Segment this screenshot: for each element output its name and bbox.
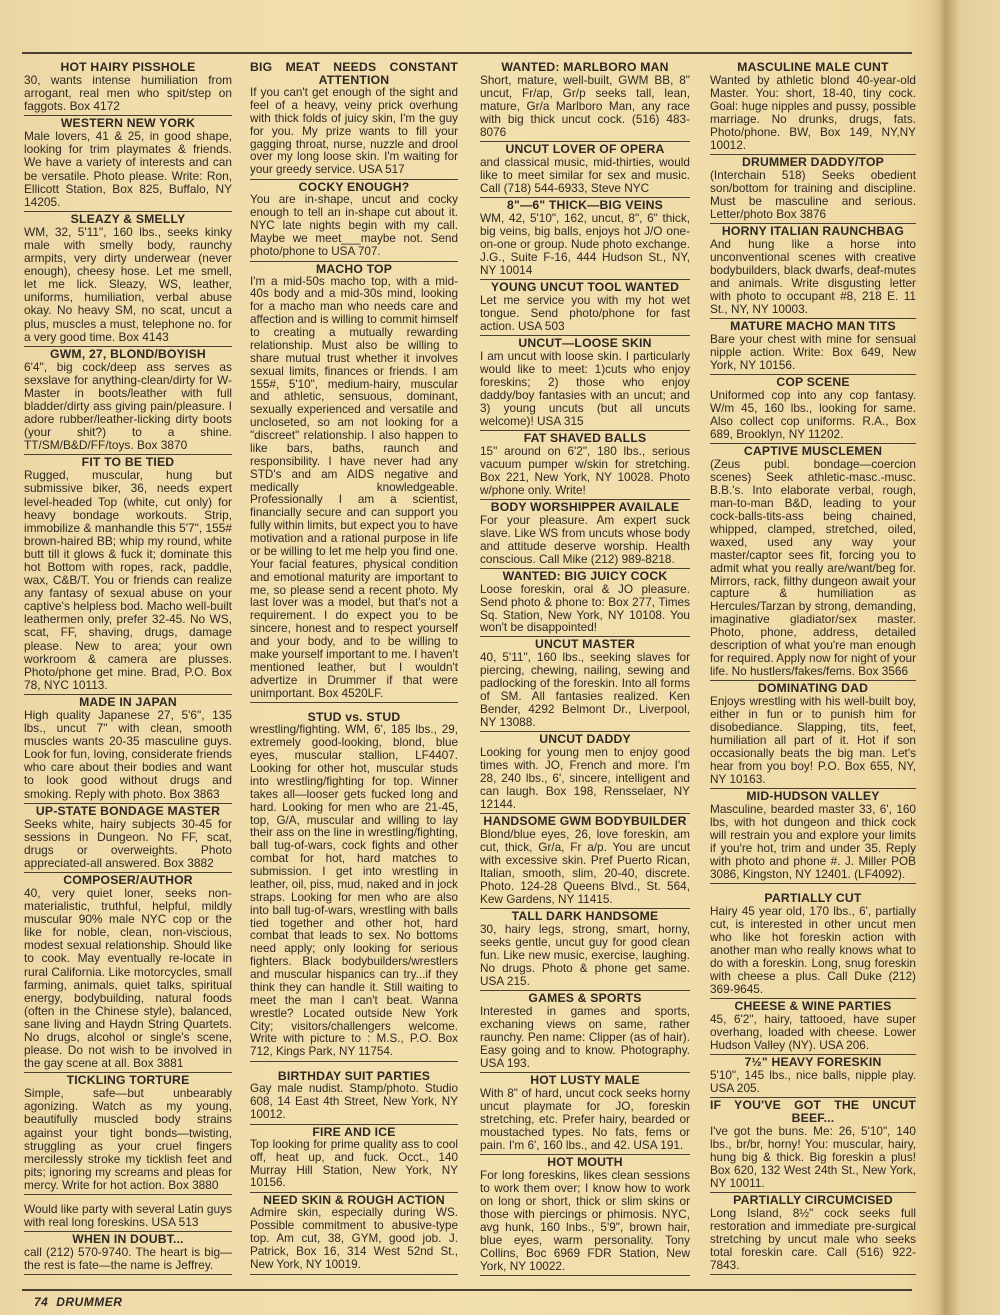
ad-body: You are in-shape, uncut and cocky enough… xyxy=(250,194,458,258)
ad-title: YOUNG UNCUT TOOL WANTED xyxy=(480,281,690,294)
classified-ad: HOT LUSTY MALEWith 8" of hard, uncut coc… xyxy=(480,1073,690,1155)
ad-body: I am uncut with loose skin. I particular… xyxy=(480,350,690,428)
classified-ad: BIG MEAT NEEDS CONSTANT ATTENTIONIf you … xyxy=(250,60,458,180)
classified-ad: COMPOSER/AUTHOR40, very quiet loner, see… xyxy=(24,873,232,1073)
classified-ad: WANTED: MARLBORO MANShort, mature, well-… xyxy=(480,60,690,142)
classified-ad: UNCUT MASTER40, 5'11", 160 lbs., seeking… xyxy=(480,637,690,732)
classified-ad: BIRTHDAY SUIT PARTIESGay male nudist. St… xyxy=(250,1062,458,1125)
ad-body: High quality Japanese 27, 5'6", 135 lbs.… xyxy=(24,709,232,801)
ad-body: Blond/blue eyes, 26, love foreskin, am c… xyxy=(480,828,690,906)
ad-body: 30, hairy legs, strong, smart, horny, se… xyxy=(480,923,690,988)
ad-body: wrestling/fighting. WM, 6', 185 lbs., 29… xyxy=(250,724,458,1059)
classified-ad: MACHO TOPI'm a mid-50s macho top, with a… xyxy=(250,262,458,704)
ad-title: MACHO TOP xyxy=(250,263,458,276)
classified-ad: HOT HAIRY PISSHOLE30, wants intense humi… xyxy=(24,60,232,116)
column-4: MASCULINE MALE CUNTWanted by athletic bl… xyxy=(710,60,916,1275)
ad-body: If you can't get enough of the sight and… xyxy=(250,87,458,177)
classified-ad: 7½" HEAVY FORESKIN5'10", 145 lbs., nice … xyxy=(710,1055,916,1098)
classified-ad: FIRE AND ICETop looking for prime qualit… xyxy=(250,1125,458,1194)
ad-title: SLEAZY & SMELLY xyxy=(24,213,232,226)
ad-title: DRUMMER DADDY/TOP xyxy=(710,156,916,169)
ad-body: WM, 32, 5'11", 160 lbs., seeks kinky mal… xyxy=(24,226,232,344)
ad-body: 40, very quiet loner, seeks non-material… xyxy=(24,887,232,1070)
ad-body: (Interchain 518) Seeks obedient son/bott… xyxy=(710,169,916,221)
publication-name: DRUMMER xyxy=(56,1295,122,1309)
classified-ad: Would like party with several Latin guys… xyxy=(24,1195,232,1232)
classified-ad: HANDSOME GWM BODYBUILDERBlond/blue eyes,… xyxy=(480,814,690,909)
classified-ad: FIT TO BE TIEDRugged, muscular, hung but… xyxy=(24,455,232,695)
ad-body: 6'4", big cock/deep ass serves as sexsla… xyxy=(24,361,232,453)
ad-body: Bare your chest with mine for sensual ni… xyxy=(710,333,916,372)
ad-title: UP-STATE BONDAGE MASTER xyxy=(24,805,232,818)
column-3: WANTED: MARLBORO MANShort, mature, well-… xyxy=(480,60,690,1276)
ad-body: Loose foreskin, oral & JO pleasure. Send… xyxy=(480,583,690,635)
ad-body: (Zeus publ. bondage—coercion scenes) See… xyxy=(710,458,916,679)
classified-ad: TICKLING TORTURESimple, safe—but unbeara… xyxy=(24,1073,232,1195)
classified-ad: PARTIALLY CIRCUMCISEDLong Island, 8½" co… xyxy=(710,1193,916,1275)
classified-ad: MID-HUDSON VALLEYMasculine, bearded mast… xyxy=(710,789,916,884)
classified-ad: UP-STATE BONDAGE MASTERSeeks white, hair… xyxy=(24,804,232,873)
classified-ad: WHEN IN DOUBT...call (212) 570-9740. The… xyxy=(24,1232,232,1275)
classified-ad: MASCULINE MALE CUNTWanted by athletic bl… xyxy=(710,60,916,155)
classified-ad: 8"—6" THICK—BIG VEINSWM, 42, 5'10", 162,… xyxy=(480,198,690,280)
ad-body: I'm a mid-50s macho top, with a mid-40s … xyxy=(250,276,458,701)
ad-body: And hung like a horse into unconventiona… xyxy=(710,238,916,316)
classified-ad: FAT SHAVED BALLS15" around on 6'2", 180 … xyxy=(480,431,690,500)
ad-body: WM, 42, 5'10", 162, uncut, 8", 6" thick,… xyxy=(480,212,690,277)
ad-title: MATURE MACHO MAN TITS xyxy=(710,320,916,333)
classified-ad: DRUMMER DADDY/TOP(Interchain 518) Seeks … xyxy=(710,155,916,224)
ad-title: COP SCENE xyxy=(710,376,916,389)
page-footer: 74 DRUMMER xyxy=(34,1295,122,1309)
classified-ad: YOUNG UNCUT TOOL WANTEDLet me service yo… xyxy=(480,280,690,336)
bottom-rule xyxy=(22,1289,912,1291)
ad-body: Male lovers, 41 & 25, in good shape, loo… xyxy=(24,130,232,209)
classified-ad: WESTERN NEW YORKMale lovers, 41 & 25, in… xyxy=(24,116,232,212)
ad-body: For long foreskins, likes clean sessions… xyxy=(480,1169,690,1273)
ad-body: Enjoys wrestling with his well-built boy… xyxy=(710,695,916,786)
classified-ad: BODY WORSHIPPER AVAILALEFor your pleasur… xyxy=(480,500,690,569)
ad-body: I've got the buns. Me: 26, 5'10", 140 lb… xyxy=(710,1125,916,1190)
ad-body: 30, wants intense humiliation from arrog… xyxy=(24,74,232,113)
classified-ad: CAPTIVE MUSCLEMEN(Zeus publ. bondage—coe… xyxy=(710,444,916,682)
ad-body: Gay male nudist. Stamp/photo. Studio 608… xyxy=(250,1083,458,1122)
column-2: BIG MEAT NEEDS CONSTANT ATTENTIONIf you … xyxy=(250,60,458,1275)
classified-ad: UNCUT DADDYLooking for young men to enjo… xyxy=(480,732,690,814)
classified-ad: UNCUT—LOOSE SKINI am uncut with loose sk… xyxy=(480,336,690,431)
ad-body: Long Island, 8½" cock seeks full restora… xyxy=(710,1207,916,1272)
classified-ad: IF YOU'VE GOT THE UNCUT BEEF...I've got … xyxy=(710,1098,916,1193)
page-crease xyxy=(939,0,951,1315)
ad-body: 5'10", 145 lbs., nice balls, nipple play… xyxy=(710,1069,916,1095)
ad-body: Simple, safe—but unbearably agonizing. W… xyxy=(24,1087,232,1192)
ad-body: 40, 5'11", 160 lbs., seeking slaves for … xyxy=(480,651,690,729)
ad-body: 45, 6'2", hairy, tattooed, have super ov… xyxy=(710,1013,916,1052)
classified-ad: STUD vs. STUDwrestling/fighting. WM, 6',… xyxy=(250,703,458,1062)
ad-body: Top looking for prime quality ass to coo… xyxy=(250,1139,458,1191)
top-rule xyxy=(22,52,912,54)
ad-body: and classical music, mid-thirties, would… xyxy=(480,156,690,195)
ad-body: Would like party with several Latin guys… xyxy=(24,1203,232,1229)
ad-body: Seeks white, hairy subjects 30-45 for se… xyxy=(24,818,232,870)
classified-ad: PARTIALLY CUTHairy 45 year old, 170 lbs.… xyxy=(710,884,916,999)
classified-ad: HOT MOUTHFor long foreskins, likes clean… xyxy=(480,1155,690,1276)
ad-title: WANTED: BIG JUICY COCK xyxy=(480,570,690,583)
classified-ad: DOMINATING DADEnjoys wrestling with his … xyxy=(710,681,916,789)
ad-title: MADE IN JAPAN xyxy=(24,696,232,709)
ad-body: Looking for young men to enjoy good time… xyxy=(480,746,690,811)
ad-title: BIG MEAT NEEDS CONSTANT ATTENTION xyxy=(250,61,458,87)
page-number: 74 xyxy=(34,1295,48,1309)
classified-ad: MATURE MACHO MAN TITSBare your chest wit… xyxy=(710,319,916,375)
ad-body: 15" around on 6'2", 180 lbs., serious va… xyxy=(480,445,690,497)
ad-body: For your pleasure. Am expert suck slave.… xyxy=(480,514,690,566)
column-1: HOT HAIRY PISSHOLE30, wants intense humi… xyxy=(24,60,232,1275)
ad-body: Interested in games and sports, exchanin… xyxy=(480,1005,690,1070)
classified-ad: COP SCENEUniformed cop into any cop fant… xyxy=(710,375,916,444)
classified-ad: SLEAZY & SMELLYWM, 32, 5'11", 160 lbs., … xyxy=(24,212,232,347)
ad-title: FAT SHAVED BALLS xyxy=(480,432,690,445)
ad-title: FIRE AND ICE xyxy=(250,1126,458,1139)
ad-title: UNCUT—LOOSE SKIN xyxy=(480,337,690,350)
classified-ad: HORNY ITALIAN RAUNCHBAGAnd hung like a h… xyxy=(710,224,916,319)
ad-title: HORNY ITALIAN RAUNCHBAG xyxy=(710,225,916,238)
ad-body: Wanted by athletic blond 40-year-old Mas… xyxy=(710,74,916,152)
ad-body: Let me service you with my hot wet tongu… xyxy=(480,294,690,333)
classified-ad: COCKY ENOUGH?You are in-shape, uncut and… xyxy=(250,180,458,261)
classified-ad: CHEESE & WINE PARTIES45, 6'2", hairy, ta… xyxy=(710,999,916,1055)
ad-title: CAPTIVE MUSCLEMEN xyxy=(710,445,916,458)
ad-body: Masculine, bearded master 33, 6', 160 lb… xyxy=(710,803,916,881)
ad-title: UNCUT LOVER OF OPERA xyxy=(480,143,690,156)
ad-body: Rugged, muscular, hung but submissive bi… xyxy=(24,469,232,692)
classified-ad: WANTED: BIG JUICY COCKLoose foreskin, or… xyxy=(480,569,690,638)
classified-ad: GWM, 27, BLOND/BOYISH6'4", big cock/deep… xyxy=(24,347,232,456)
classified-ad: UNCUT LOVER OF OPERAand classical music,… xyxy=(480,142,690,198)
ad-body: call (212) 570-9740. The heart is big—th… xyxy=(24,1246,232,1272)
classified-ad: MADE IN JAPANHigh quality Japanese 27, 5… xyxy=(24,695,232,804)
ad-body: Short, mature, well-built, GWM BB, 8" un… xyxy=(480,74,690,139)
ad-body: With 8" of hard, uncut cock seeks horny … xyxy=(480,1087,690,1152)
ad-title: BODY WORSHIPPER AVAILALE xyxy=(480,501,690,514)
ad-title: PARTIALLY CIRCUMCISED xyxy=(710,1194,916,1207)
classified-ad: NEED SKIN & ROUGH ACTIONAdmire skin, esp… xyxy=(250,1193,458,1274)
ad-body: Admire skin, especially during WS. Possi… xyxy=(250,1207,458,1271)
ad-title: IF YOU'VE GOT THE UNCUT BEEF... xyxy=(710,1099,916,1125)
classified-ad: TALL DARK HANDSOME30, hairy legs, strong… xyxy=(480,909,690,991)
ad-title: 8"—6" THICK—BIG VEINS xyxy=(480,199,690,212)
ad-body: Hairy 45 year old, 170 lbs., 6', partial… xyxy=(710,905,916,996)
ad-body: Uniformed cop into any cop fantasy. W/m … xyxy=(710,389,916,441)
ad-title: GWM, 27, BLOND/BOYISH xyxy=(24,348,232,361)
classified-ad: GAMES & SPORTSInterested in games and sp… xyxy=(480,991,690,1073)
